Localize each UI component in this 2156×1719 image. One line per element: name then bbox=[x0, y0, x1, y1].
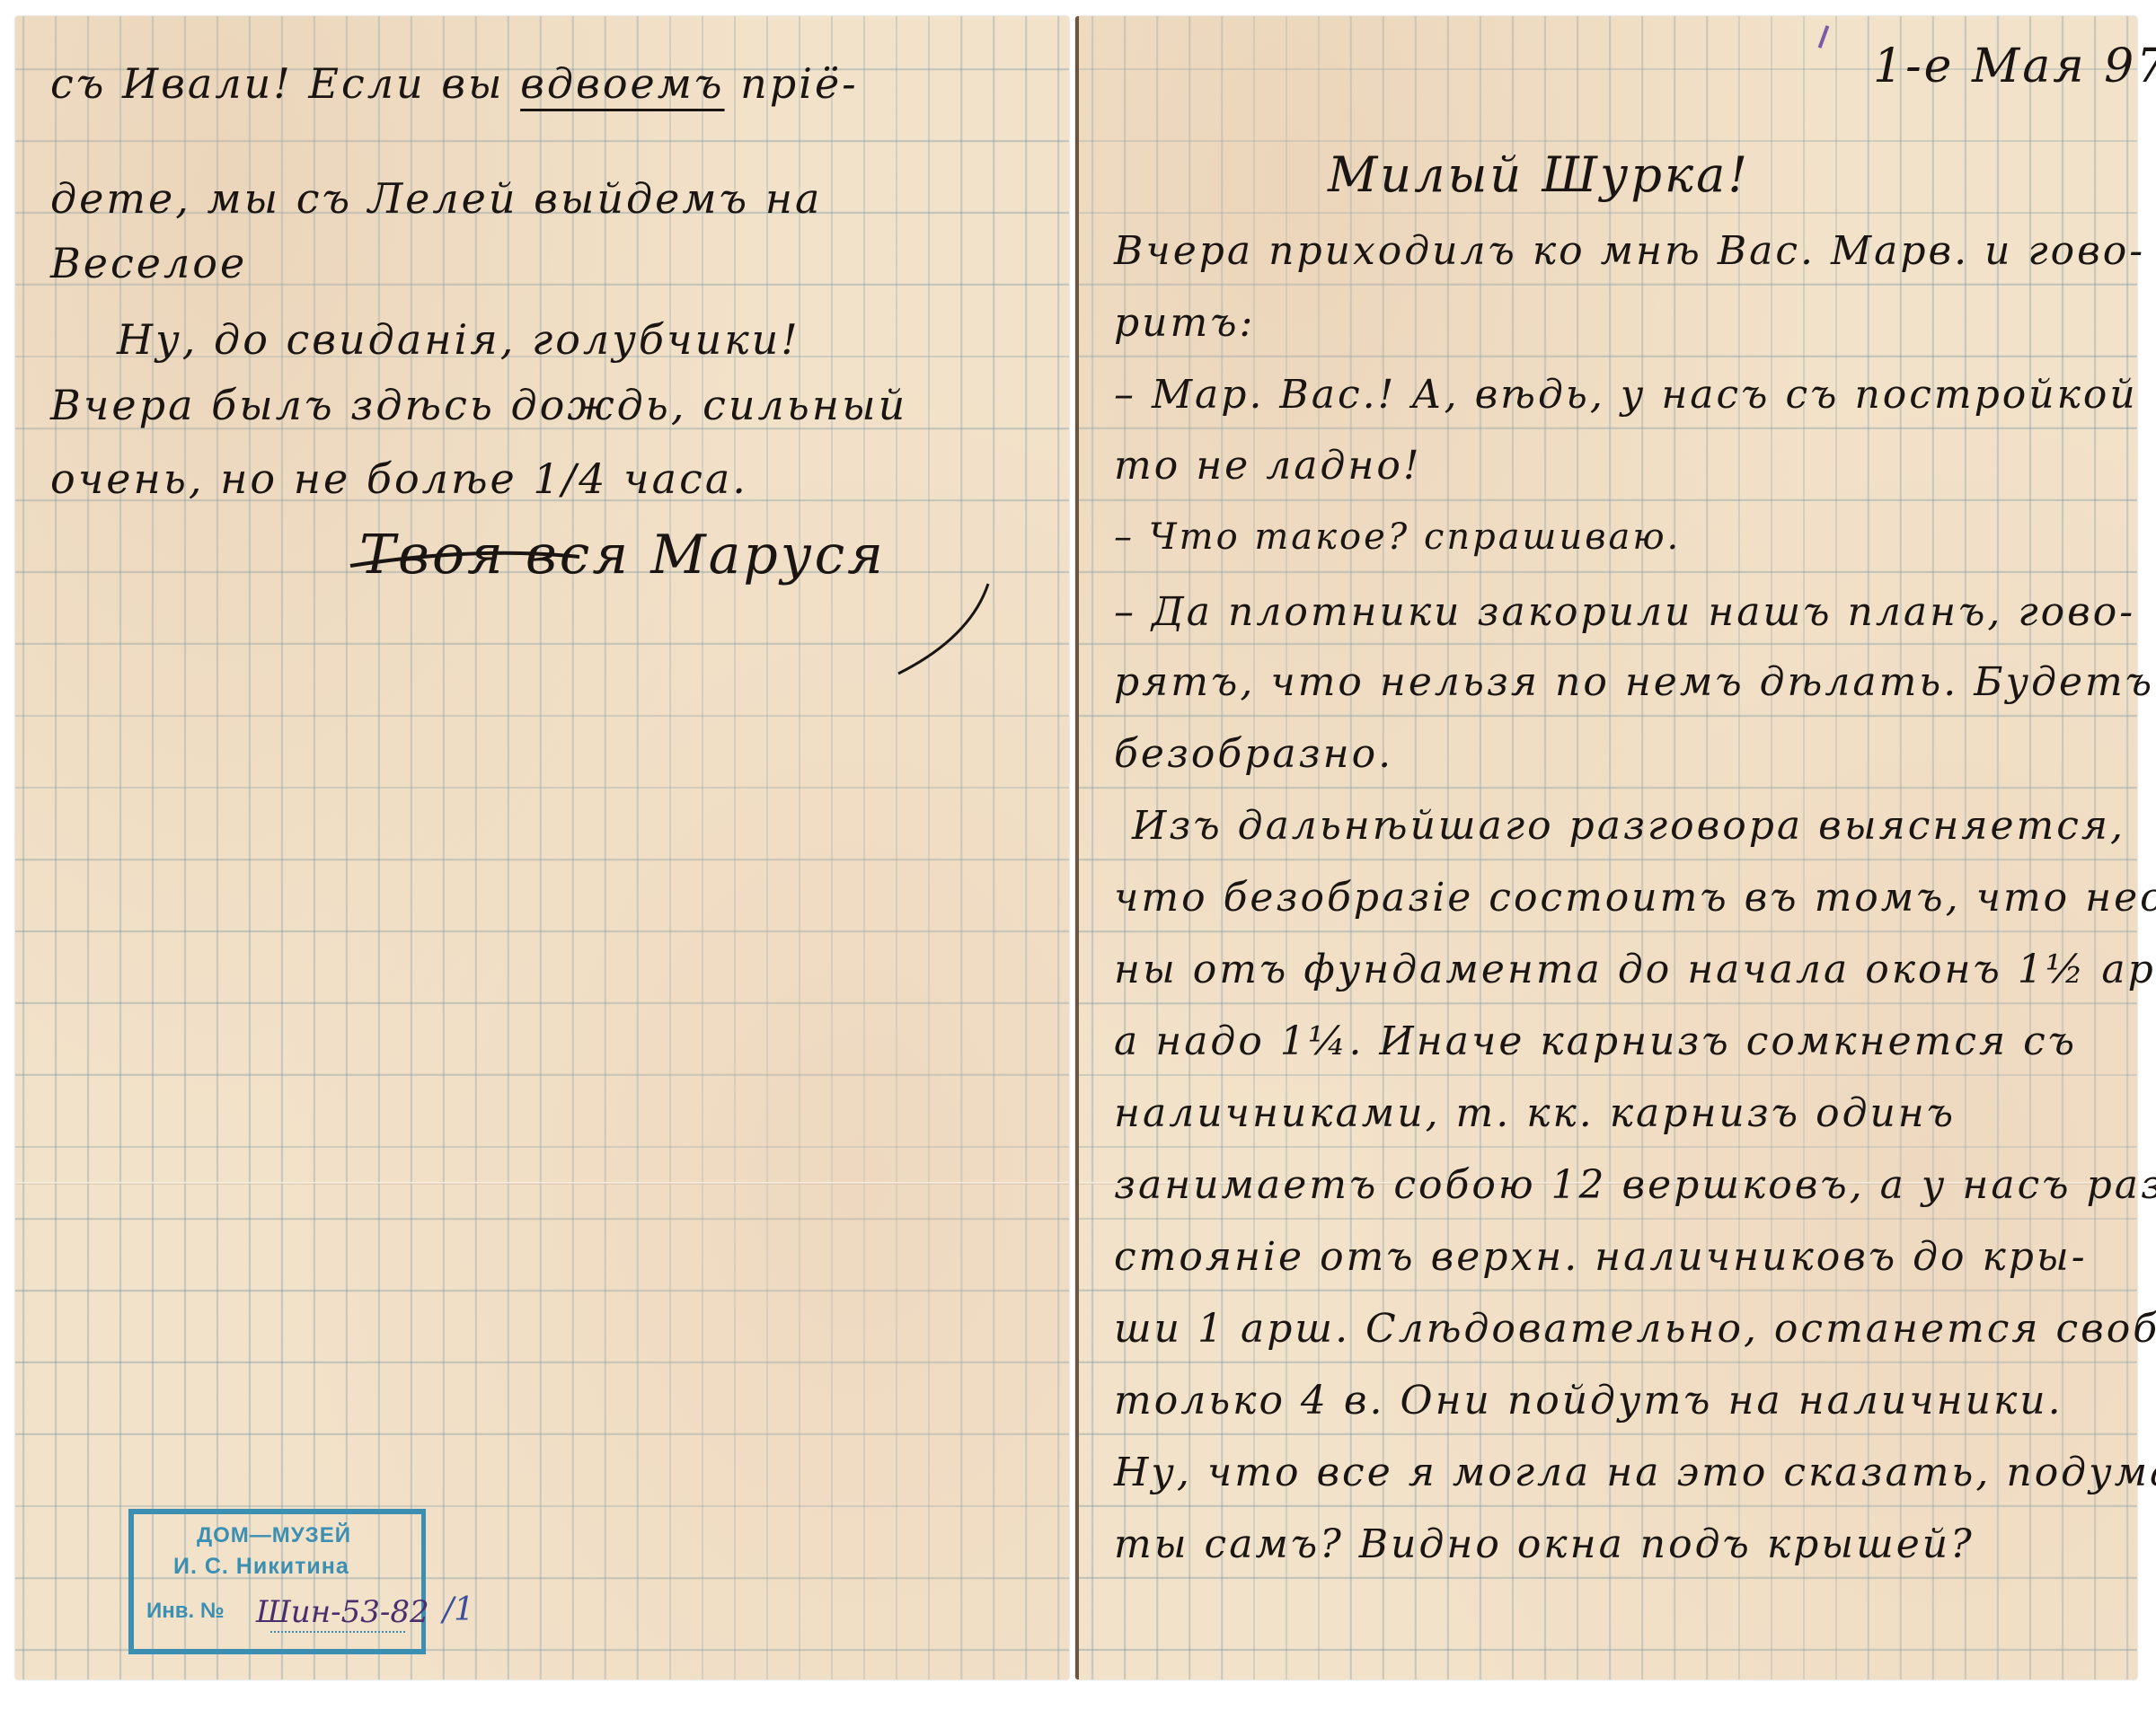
signature-flourish bbox=[341, 539, 1042, 683]
right-line-6: – Да плотники закорили нашъ планъ, гово- bbox=[1114, 593, 2135, 632]
right-line-8: безобразно. bbox=[1114, 735, 1393, 774]
right-line-11: ны отъ фундамента до начала оконъ 1½ ар.… bbox=[1114, 950, 2156, 990]
right-line-15: стояніе отъ верхн. наличниковъ до кры- bbox=[1114, 1238, 2088, 1277]
left-line-3: Веселое bbox=[50, 242, 247, 284]
letter-greeting: Милый Шурка! bbox=[1328, 151, 1750, 199]
paper-fold-line bbox=[15, 1182, 1069, 1185]
right-line-9: Изъ дальнѣйшаго разговора выясняется, bbox=[1132, 807, 2125, 846]
letter-date: 1-е Мая 97. bbox=[1873, 43, 2156, 90]
right-line-16: ши 1 арш. Слѣдовательно, останется свобо… bbox=[1114, 1309, 2156, 1349]
right-line-12: а надо 1¼. Иначе карнизъ сомкнется съ bbox=[1114, 1022, 2077, 1062]
left-line-2: дете, мы съ Лелей выйдемъ на bbox=[50, 178, 823, 219]
right-line-18: Ну, что все я могла на это сказать, поду… bbox=[1114, 1453, 2156, 1493]
left-line-4: Ну, до свиданія, голубчики! bbox=[117, 319, 800, 360]
inventory-number: Шин-53-82 bbox=[256, 1594, 429, 1630]
stamp-inventory-label: Инв. № bbox=[146, 1599, 225, 1624]
underlined-word: вдвоемъ bbox=[520, 59, 724, 108]
right-line-5: – Что такое? спрашиваю. bbox=[1114, 519, 1681, 555]
right-line-3: – Мар. Вас.! А, вѣдь, у насъ съ постройк… bbox=[1114, 375, 2138, 415]
right-line-17: только 4 в. Они пойдутъ на наличники. bbox=[1114, 1381, 2063, 1421]
museum-stamp: ДОМ—МУЗЕЙ И. С. Никитина Инв. № bbox=[128, 1509, 426, 1654]
left-line-6: очень, но не болѣе 1/4 часа. bbox=[50, 458, 748, 499]
right-line-13: наличниками, т. кк. карнизъ одинъ bbox=[1114, 1094, 1956, 1133]
left-line-1-text: съ Ивали! Если вы вдвоемъ пріё- bbox=[50, 59, 859, 108]
stamp-museum-label: ДОМ—МУЗЕЙ bbox=[197, 1523, 351, 1548]
inventory-suffix: /1 bbox=[443, 1591, 474, 1628]
right-line-4: то не ладно! bbox=[1114, 446, 1422, 486]
right-line-10: что безобразіе состоитъ въ томъ, что нес… bbox=[1114, 878, 2156, 918]
stamp-dotted-line bbox=[270, 1631, 405, 1633]
right-line-2: ритъ: bbox=[1114, 304, 1255, 343]
stamp-museum-name: И. С. Никитина bbox=[173, 1554, 349, 1580]
right-line-1: Вчера приходилъ ко мнѣ Вас. Марв. и гово… bbox=[1114, 232, 2145, 271]
right-line-19: ты самъ? Видно окна подъ крышей? bbox=[1114, 1525, 1975, 1565]
right-line-7: рятъ, что нельзя по немъ дѣлать. Будетъ … bbox=[1114, 663, 2156, 702]
left-line-1: съ Ивали! Если вы вдвоемъ пріё- bbox=[50, 63, 859, 104]
right-line-14: занимаетъ собою 12 вершковъ, а у насъ ра… bbox=[1114, 1166, 2156, 1205]
left-line-5: Вчера былъ здѣсь дождь, сильный bbox=[50, 384, 907, 426]
